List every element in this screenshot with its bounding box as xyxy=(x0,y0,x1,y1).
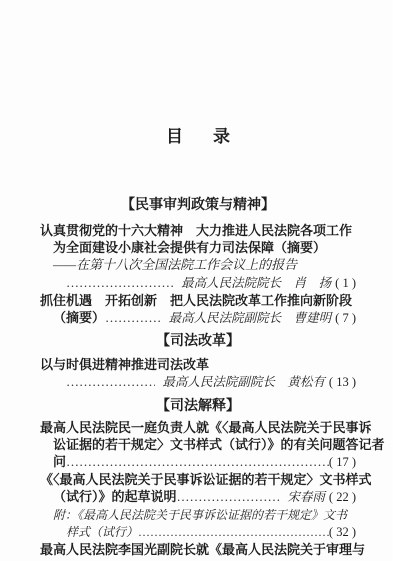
entry-page-number: ( 17 ) xyxy=(329,454,356,471)
section-header-civil-trial-policy: 【民事审判政策与精神】 xyxy=(40,197,356,215)
entry-author: 宋春雨 xyxy=(280,489,329,506)
entry-title-line: 《〈最高人民法院关于民事诉讼证据的若干规定〉文书样式 xyxy=(40,471,356,488)
entry-leader-line: ……………………………………………………………………………… 最高人民法院院长 … xyxy=(40,274,356,292)
toc-entry: 认真贯彻党的十六大精神 大力推进人民法院各项工作 为全面建设小康社会提供有力司法… xyxy=(40,222,356,292)
dot-leader: ……………………………………………………………………………… xyxy=(66,274,174,291)
dot-leader: ……………………………………………………………………………… xyxy=(105,309,162,326)
entry-title-line: 讼证据的若干规定〉文书样式（试行）》的有关问题答记者 xyxy=(40,436,356,453)
page-title: 目录 xyxy=(40,128,356,145)
entry-title-line: 以与时俱进精神推进司法改革 xyxy=(40,356,356,373)
entry-leader-line: ……………………………………………………………………………… 最高人民法院副院长… xyxy=(40,373,356,391)
toc-entry: 以与时俱进精神推进司法改革 ……………………………………………………………………… xyxy=(40,356,356,391)
dot-leader: ……………………………………………………………………………… xyxy=(138,524,329,541)
attachment-title-fragment: 样式（试行） xyxy=(66,524,138,541)
entry-title-line: 认真贯彻党的十六大精神 大力推进人民法院各项工作 xyxy=(40,222,356,239)
toc-entry: 最高人民法院民一庭负责人就《〈最高人民法院关于民事诉 讼证据的若干规定〉文书样式… xyxy=(40,419,356,472)
entry-title-line: 最高人民法院民一庭负责人就《〈最高人民法院关于民事诉 xyxy=(40,419,356,436)
page-title-text: 目录 xyxy=(166,128,260,145)
section-header-judicial-interpretation: 【司法解释】 xyxy=(40,398,356,416)
dot-leader: ……………………………………………………………………………… xyxy=(177,488,281,505)
entry-page-number: ( 1 ) xyxy=(335,275,356,292)
entry-leader-line: （摘要） ……………………………………………………………………………… 最高人民… xyxy=(40,309,356,327)
entry-title-line: 抓住机遇 开拓创新 把人民法院改革工作推向新阶段 xyxy=(40,292,356,309)
attachment-title-line: 附：《最高人民法院关于民事诉讼证据的若干规定》文书 xyxy=(40,507,356,524)
entry-page-number: ( 22 ) xyxy=(329,489,356,506)
toc-page: 目录 【民事审判政策与精神】 认真贯彻党的十六大精神 大力推进人民法院各项工作 … xyxy=(0,0,393,561)
section-header-judicial-reform: 【司法改革】 xyxy=(40,333,356,351)
dot-leader: ……………………………………………………………………………… xyxy=(66,373,155,390)
entry-subtitle-line: ——在第十八次全国法院工作会议上的报告 xyxy=(40,256,356,273)
entry-title-fragment: 问 xyxy=(53,453,66,470)
entry-page-number: ( 7 ) xyxy=(335,310,356,327)
entry-title-fragment: （试行）》的起草说明 xyxy=(53,488,177,505)
entry-leader-line: 问 ……………………………………………………………………………… ( 17 ) xyxy=(40,453,356,471)
entry-author: 最高人民法院副院长 黄松有 xyxy=(155,374,329,391)
entry-leader-line: （试行）》的起草说明 ……………………………………………………………………………… xyxy=(40,488,356,506)
dot-leader: ……………………………………………………………………………… xyxy=(66,453,329,470)
toc-entry: 抓住机遇 开拓创新 把人民法院改革工作推向新阶段 （摘要） …………………………… xyxy=(40,292,356,327)
toc-entry-attachment: 附：《最高人民法院关于民事诉讼证据的若干规定》文书 样式（试行） …………………… xyxy=(40,507,356,541)
entry-author: 最高人民法院院长 肖 扬 xyxy=(174,275,335,292)
entry-leader-line: 样式（试行） ……………………………………………………………………………… ( … xyxy=(40,524,356,541)
toc-entry: 《〈最高人民法院关于民事诉讼证据的若干规定〉文书样式 （试行）》的起草说明 ……… xyxy=(40,471,356,506)
entry-title-line: 最高人民法院李国光副院长就《最高人民法院关于审理与 xyxy=(40,541,356,558)
entry-author: 最高人民法院副院长 曹建明 xyxy=(162,310,336,327)
entry-page-number: ( 32 ) xyxy=(329,524,356,541)
entry-page-number: ( 13 ) xyxy=(329,374,356,391)
entry-title-fragment: （摘要） xyxy=(53,309,105,326)
toc-entry: 最高人民法院李国光副院长就《最高人民法院关于审理与 xyxy=(40,541,356,558)
entry-title-line: 为全面建设小康社会提供有力司法保障（摘要） xyxy=(40,239,356,256)
